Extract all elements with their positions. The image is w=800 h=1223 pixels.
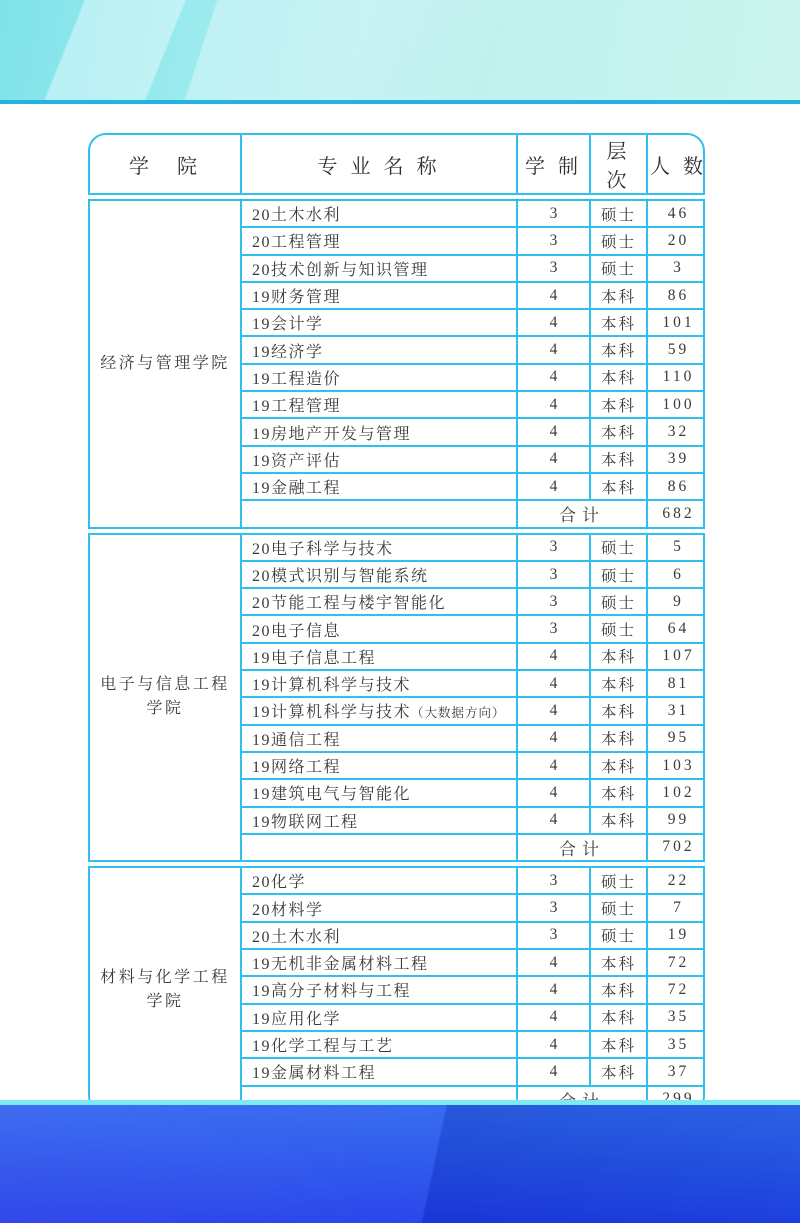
major-name: 19计算机科学与技术 bbox=[241, 670, 517, 697]
years-value: 4 bbox=[517, 725, 590, 752]
level-value: 本科 bbox=[590, 282, 647, 309]
major-name-note: （大数据方向） bbox=[411, 706, 506, 720]
level-value: 本科 bbox=[590, 336, 647, 363]
college-section-2: 电子与信息工程学院20电子科学与技术3硕士520模式识别与智能系统3硕士620节… bbox=[88, 533, 705, 863]
level-value: 本科 bbox=[590, 391, 647, 418]
years-value: 3 bbox=[517, 922, 590, 949]
level-value: 硕士 bbox=[590, 534, 647, 561]
enrollment-table: 学 院 专 业 名 称 学 制 层 次 人 数 经济与管理学院20土木水利3硕士… bbox=[88, 133, 705, 1114]
top-decor-band bbox=[0, 0, 800, 104]
total-count: 702 bbox=[647, 834, 705, 861]
level-value: 硕士 bbox=[590, 255, 647, 282]
count-value: 39 bbox=[647, 446, 705, 473]
bottom-decor-band bbox=[0, 1100, 800, 1223]
years-value: 4 bbox=[517, 309, 590, 336]
total-label: 合计 bbox=[517, 500, 647, 527]
major-name: 19通信工程 bbox=[241, 725, 517, 752]
level-value: 硕士 bbox=[590, 922, 647, 949]
count-value: 32 bbox=[647, 418, 705, 445]
major-name: 19资产评估 bbox=[241, 446, 517, 473]
level-value: 硕士 bbox=[590, 615, 647, 642]
count-value: 46 bbox=[647, 200, 705, 227]
college-section-3: 材料与化学工程学院20化学3硕士2220材料学3硕士720土木水利3硕士1919… bbox=[88, 866, 705, 1114]
level-value: 本科 bbox=[590, 643, 647, 670]
years-value: 3 bbox=[517, 588, 590, 615]
level-value: 本科 bbox=[590, 446, 647, 473]
count-value: 100 bbox=[647, 391, 705, 418]
count-value: 103 bbox=[647, 752, 705, 779]
level-value: 本科 bbox=[590, 697, 647, 724]
major-name: 20材料学 bbox=[241, 894, 517, 921]
years-value: 4 bbox=[517, 949, 590, 976]
count-value: 3 bbox=[647, 255, 705, 282]
years-value: 3 bbox=[517, 615, 590, 642]
years-value: 3 bbox=[517, 867, 590, 894]
major-name: 19网络工程 bbox=[241, 752, 517, 779]
major-name: 20工程管理 bbox=[241, 227, 517, 254]
level-value: 本科 bbox=[590, 670, 647, 697]
count-value: 81 bbox=[647, 670, 705, 697]
table-header-row: 学 院 专 业 名 称 学 制 层 次 人 数 bbox=[89, 134, 705, 194]
level-value: 本科 bbox=[590, 1031, 647, 1058]
count-value: 9 bbox=[647, 588, 705, 615]
years-value: 4 bbox=[517, 976, 590, 1003]
major-name: 19无机非金属材料工程 bbox=[241, 949, 517, 976]
level-value: 本科 bbox=[590, 473, 647, 500]
count-value: 59 bbox=[647, 336, 705, 363]
years-value: 3 bbox=[517, 894, 590, 921]
count-value: 72 bbox=[647, 976, 705, 1003]
years-value: 4 bbox=[517, 473, 590, 500]
level-value: 本科 bbox=[590, 949, 647, 976]
major-name: 19建筑电气与智能化 bbox=[241, 779, 517, 806]
total-empty-cell bbox=[241, 834, 517, 861]
years-value: 4 bbox=[517, 807, 590, 834]
major-name: 19应用化学 bbox=[241, 1004, 517, 1031]
level-value: 硕士 bbox=[590, 588, 647, 615]
level-value: 硕士 bbox=[590, 867, 647, 894]
count-value: 22 bbox=[647, 867, 705, 894]
years-value: 4 bbox=[517, 670, 590, 697]
count-value: 72 bbox=[647, 949, 705, 976]
table-row: 材料与化学工程学院20化学3硕士22 bbox=[89, 867, 705, 894]
years-value: 3 bbox=[517, 200, 590, 227]
level-value: 本科 bbox=[590, 779, 647, 806]
count-value: 86 bbox=[647, 473, 705, 500]
level-value: 本科 bbox=[590, 309, 647, 336]
count-value: 37 bbox=[647, 1058, 705, 1085]
years-value: 3 bbox=[517, 534, 590, 561]
total-label: 合计 bbox=[517, 834, 647, 861]
major-name: 19工程造价 bbox=[241, 364, 517, 391]
years-value: 4 bbox=[517, 1031, 590, 1058]
major-name: 19会计学 bbox=[241, 309, 517, 336]
major-name: 20电子科学与技术 bbox=[241, 534, 517, 561]
page: { "colors":{ "table_border_cyan":"#2fc0e… bbox=[0, 0, 800, 1223]
level-value: 本科 bbox=[590, 807, 647, 834]
years-value: 4 bbox=[517, 364, 590, 391]
level-value: 硕士 bbox=[590, 894, 647, 921]
years-value: 4 bbox=[517, 282, 590, 309]
college-section-1: 经济与管理学院20土木水利3硕士4620工程管理3硕士2020技术创新与知识管理… bbox=[88, 199, 705, 529]
years-value: 4 bbox=[517, 697, 590, 724]
level-value: 本科 bbox=[590, 725, 647, 752]
table-row: 经济与管理学院20土木水利3硕士46 bbox=[89, 200, 705, 227]
major-name: 20节能工程与楼宇智能化 bbox=[241, 588, 517, 615]
count-value: 19 bbox=[647, 922, 705, 949]
years-value: 4 bbox=[517, 1004, 590, 1031]
count-value: 35 bbox=[647, 1031, 705, 1058]
major-name: 20模式识别与智能系统 bbox=[241, 561, 517, 588]
major-name: 20土木水利 bbox=[241, 200, 517, 227]
count-value: 101 bbox=[647, 309, 705, 336]
major-name: 20技术创新与知识管理 bbox=[241, 255, 517, 282]
table-row: 电子与信息工程学院20电子科学与技术3硕士5 bbox=[89, 534, 705, 561]
major-name: 19金融工程 bbox=[241, 473, 517, 500]
years-value: 4 bbox=[517, 446, 590, 473]
count-value: 31 bbox=[647, 697, 705, 724]
years-value: 4 bbox=[517, 752, 590, 779]
level-value: 本科 bbox=[590, 1058, 647, 1085]
major-name: 19电子信息工程 bbox=[241, 643, 517, 670]
years-value: 3 bbox=[517, 561, 590, 588]
major-name: 20化学 bbox=[241, 867, 517, 894]
major-name: 19经济学 bbox=[241, 336, 517, 363]
major-name: 19化学工程与工艺 bbox=[241, 1031, 517, 1058]
major-name: 19物联网工程 bbox=[241, 807, 517, 834]
level-value: 本科 bbox=[590, 752, 647, 779]
level-value: 硕士 bbox=[590, 227, 647, 254]
college-name: 材料与化学工程学院 bbox=[89, 867, 241, 1113]
total-empty-cell bbox=[241, 500, 517, 527]
years-value: 4 bbox=[517, 418, 590, 445]
years-value: 4 bbox=[517, 391, 590, 418]
header-years: 学 制 bbox=[517, 134, 590, 194]
college-name: 电子与信息工程学院 bbox=[89, 534, 241, 862]
level-value: 硕士 bbox=[590, 561, 647, 588]
count-value: 86 bbox=[647, 282, 705, 309]
level-value: 本科 bbox=[590, 418, 647, 445]
years-value: 4 bbox=[517, 336, 590, 363]
count-value: 102 bbox=[647, 779, 705, 806]
header-count: 人 数 bbox=[647, 134, 705, 194]
major-name: 19工程管理 bbox=[241, 391, 517, 418]
header-major-name: 专 业 名 称 bbox=[241, 134, 517, 194]
level-value: 本科 bbox=[590, 1004, 647, 1031]
header-level: 层 次 bbox=[590, 134, 647, 194]
years-value: 3 bbox=[517, 227, 590, 254]
table-header-segment: 学 院 专 业 名 称 学 制 层 次 人 数 bbox=[88, 133, 705, 195]
count-value: 35 bbox=[647, 1004, 705, 1031]
count-value: 107 bbox=[647, 643, 705, 670]
years-value: 3 bbox=[517, 255, 590, 282]
college-name: 经济与管理学院 bbox=[89, 200, 241, 528]
count-value: 110 bbox=[647, 364, 705, 391]
level-value: 本科 bbox=[590, 364, 647, 391]
total-count: 682 bbox=[647, 500, 705, 527]
major-name: 19计算机科学与技术（大数据方向） bbox=[241, 697, 517, 724]
count-value: 64 bbox=[647, 615, 705, 642]
level-value: 硕士 bbox=[590, 200, 647, 227]
count-value: 6 bbox=[647, 561, 705, 588]
major-name: 20电子信息 bbox=[241, 615, 517, 642]
count-value: 95 bbox=[647, 725, 705, 752]
major-name: 19高分子材料与工程 bbox=[241, 976, 517, 1003]
level-value: 本科 bbox=[590, 976, 647, 1003]
count-value: 5 bbox=[647, 534, 705, 561]
major-name: 19金属材料工程 bbox=[241, 1058, 517, 1085]
major-name: 19房地产开发与管理 bbox=[241, 418, 517, 445]
count-value: 99 bbox=[647, 807, 705, 834]
major-name: 20土木水利 bbox=[241, 922, 517, 949]
years-value: 4 bbox=[517, 1058, 590, 1085]
count-value: 7 bbox=[647, 894, 705, 921]
header-college: 学 院 bbox=[89, 134, 241, 194]
count-value: 20 bbox=[647, 227, 705, 254]
years-value: 4 bbox=[517, 643, 590, 670]
years-value: 4 bbox=[517, 779, 590, 806]
major-name: 19财务管理 bbox=[241, 282, 517, 309]
